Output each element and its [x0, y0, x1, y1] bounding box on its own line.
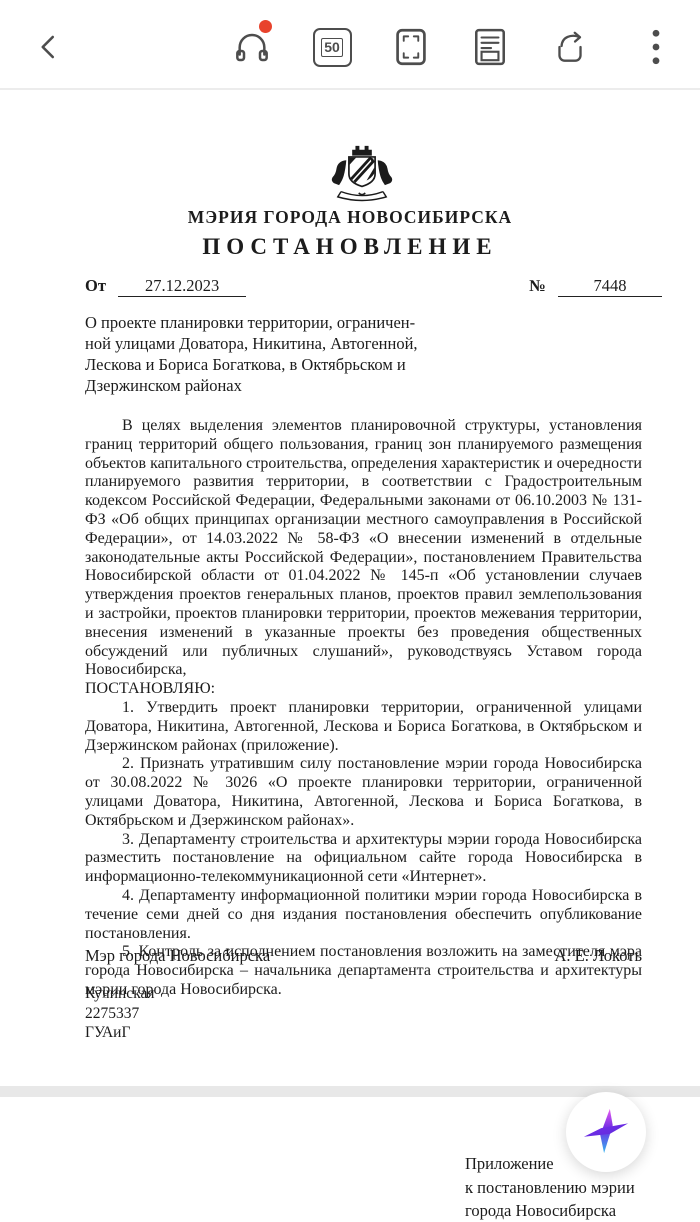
date-value: 27.12.2023	[118, 276, 246, 297]
page-count-value: 50	[321, 38, 343, 57]
document-body: В целях выделения элементов планировочно…	[85, 417, 642, 1000]
novosibirsk-coat-of-arms-icon	[326, 140, 398, 204]
toolbar: 50	[0, 0, 700, 90]
fit-screen-button[interactable]	[388, 24, 434, 70]
page-count-icon: 50	[313, 28, 352, 67]
neuro-star-icon	[582, 1107, 630, 1158]
preamble-paragraph: В целях выделения элементов планировочно…	[85, 417, 642, 680]
item-1: 1. Утвердить проект планировки территори…	[85, 699, 642, 755]
item-2: 2. Признать утратившим силу постановлени…	[85, 755, 642, 830]
date-label: От	[85, 276, 106, 295]
back-chevron-icon	[34, 32, 64, 62]
contact-dept: ГУАиГ	[85, 1023, 155, 1043]
ai-assistant-fab[interactable]	[566, 1092, 646, 1172]
listen-button[interactable]	[229, 24, 275, 70]
document-subject: О проекте планировки территории, огранич…	[85, 312, 475, 396]
number-field: № 7448	[529, 276, 662, 297]
document-page: МЭРИЯ ГОРОДА НОВОСИБИРСКА ПОСТАНОВЛЕНИЕ …	[0, 90, 700, 1086]
item-4: 4. Департаменту информационной политики …	[85, 887, 642, 943]
contact-block: Кучинская 2275337 ГУАиГ	[85, 984, 155, 1043]
reader-mode-button[interactable]	[467, 24, 513, 70]
kebab-menu-icon	[651, 29, 661, 65]
reader-mode-icon	[474, 28, 506, 66]
document-type-title: ПОСТАНОВЛЕНИЕ	[0, 234, 700, 260]
notification-dot	[259, 20, 272, 33]
headphones-icon	[232, 27, 272, 67]
signature-row: Мэр города Новосибирска А. Е. Локоть	[85, 946, 642, 966]
back-button[interactable]	[26, 24, 72, 70]
overflow-menu-button[interactable]	[633, 24, 679, 70]
fit-screen-icon	[395, 28, 427, 66]
number-value: 7448	[558, 276, 662, 297]
share-button[interactable]	[547, 24, 593, 70]
signatory-title: Мэр города Новосибирска	[85, 946, 270, 966]
number-label: №	[529, 276, 546, 295]
date-number-row: От 27.12.2023 № 7448	[85, 276, 662, 297]
app-screen: 50	[0, 0, 700, 1222]
org-name: МЭРИЯ ГОРОДА НОВОСИБИРСКА	[0, 207, 700, 228]
contact-name: Кучинская	[85, 984, 155, 1004]
share-icon	[550, 29, 590, 65]
signatory-name: А. Е. Локоть	[555, 946, 642, 966]
contact-phone: 2275337	[85, 1004, 155, 1024]
page-count-button[interactable]: 50	[309, 24, 355, 70]
date-field: От 27.12.2023	[85, 276, 246, 297]
item-3: 3. Департаменту строительства и архитект…	[85, 831, 642, 887]
resolve-keyword: ПОСТАНОВЛЯЮ:	[85, 680, 642, 699]
